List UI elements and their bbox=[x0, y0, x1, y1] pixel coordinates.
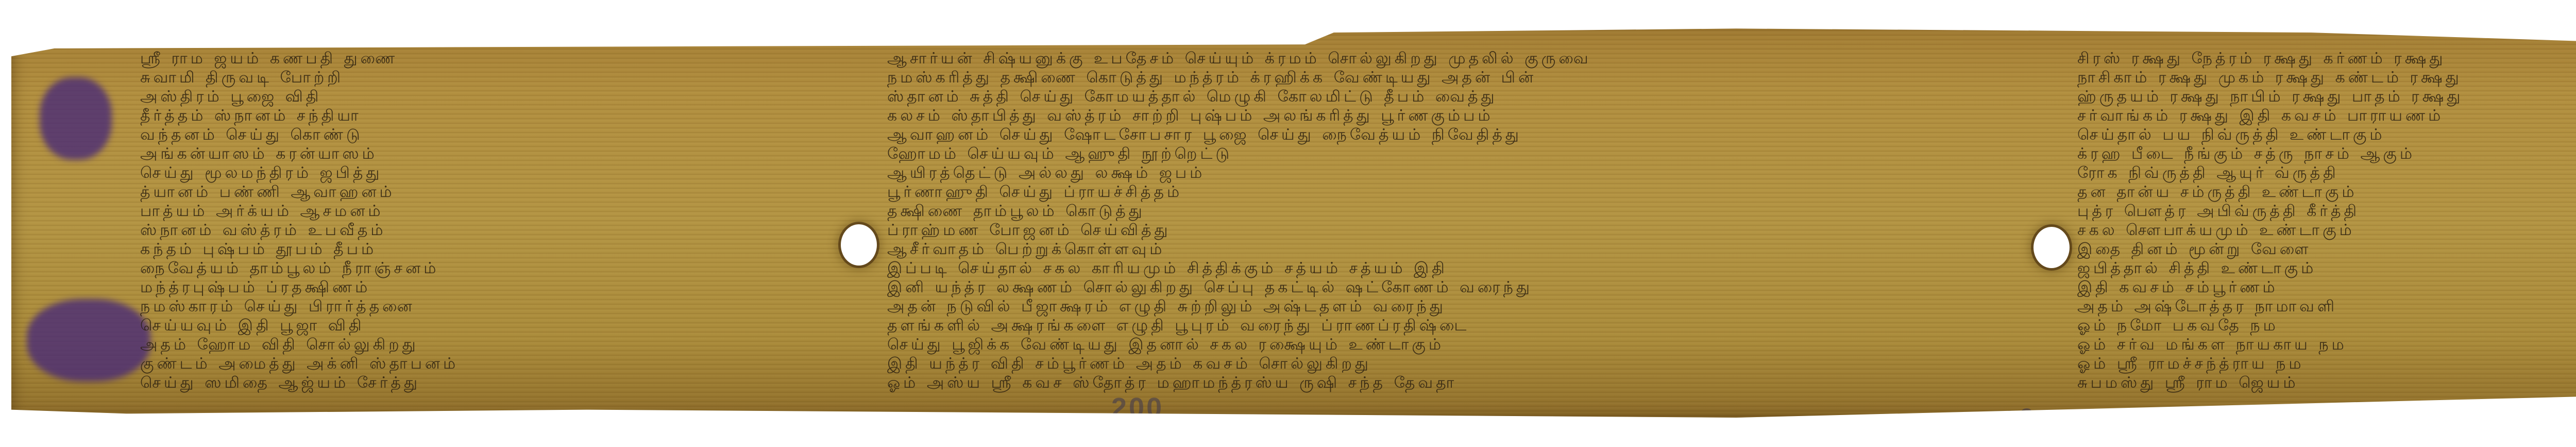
manuscript-line: இதி கவசம் சம்பூர்ணம் bbox=[2077, 278, 2576, 297]
manuscript-line: க்ரஹ பீடை நீங்கும் சத்ரு நாசம் ஆகும் bbox=[2077, 144, 2576, 163]
manuscript-line: ஓம் அஸ்ய ஸ்ரீ கவச ஸ்தோத்ர மஹாமந்த்ரஸ்ய ர… bbox=[887, 373, 2026, 392]
manuscript-line: சிரஸ் ரக்ஷது நேத்ரம் ரக்ஷது கர்ணம் ரக்ஷத… bbox=[2077, 49, 2576, 68]
manuscript-line: நமஸ்காரம் செய்து பிரார்த்தனை bbox=[140, 297, 825, 316]
manuscript-line: புத்ர பௌத்ர அபிவ்ருத்தி கீர்த்தி bbox=[2077, 202, 2576, 221]
manuscript-line: தன தான்ய சம்ருத்தி உண்டாகும் bbox=[2077, 183, 2576, 202]
manuscript-line: ஓம் நமோ பகவதே நம bbox=[2077, 316, 2576, 335]
manuscript-line: செய்தால் பய நிவ்ருத்தி உண்டாகும் bbox=[2077, 125, 2576, 144]
manuscript-line: தீர்த்தம் ஸ்நானம் சந்தியா bbox=[140, 106, 825, 125]
manuscript-line: ஹ்ருதயம் ரக்ஷது நாபிம் ரக்ஷது பாதம் ரக்ஷ… bbox=[2077, 87, 2576, 106]
manuscript-line: பூர்ணாஹுதி செய்து ப்ராயச்சித்தம் bbox=[887, 183, 2026, 202]
manuscript-line: ஓம் சர்வ மங்கள நாயகாய நம bbox=[2077, 335, 2576, 354]
manuscript-line: செய்யவும் இதி பூஜா விதி bbox=[140, 316, 825, 335]
string-hole-right bbox=[2033, 227, 2070, 268]
string-hole-left bbox=[841, 224, 877, 266]
ink-stamp-bottom bbox=[27, 299, 150, 382]
palm-leaf: ஸ்ரீ ராம ஜயம் கணபதி துணை சுவாமி திருவடி … bbox=[11, 21, 2576, 418]
manuscript-line: ஆசார்யன் சிஷ்யனுக்கு உபதேசம் செய்யும் க்… bbox=[887, 49, 2026, 68]
manuscript-line: இதி யந்த்ர விதி சம்பூர்ணம் அதம் கவசம் சொ… bbox=[887, 354, 2026, 373]
manuscript-line: ஹோமம் செய்யவும் ஆஹுதி நூற்றெட்டு bbox=[887, 144, 2026, 163]
manuscript-line: அதம் அஷ்டோத்தர நாமாவளி bbox=[2077, 297, 2576, 316]
manuscript-line: கலசம் ஸ்தாபித்து வஸ்த்ரம் சாற்றி புஷ்பம்… bbox=[887, 106, 2026, 125]
manuscript-line: சுபமஸ்து ஸ்ரீ ராம ஜெயம் bbox=[2077, 373, 2576, 392]
manuscript-line: வந்தனம் செய்து கொண்டு bbox=[140, 125, 825, 144]
text-column-middle: ஆசார்யன் சிஷ்யனுக்கு உபதேசம் செய்யும் க்… bbox=[887, 49, 2026, 420]
text-column-left: ஸ்ரீ ராம ஜயம் கணபதி துணை சுவாமி திருவடி … bbox=[140, 49, 825, 420]
manuscript-line: சகல சௌபாக்யமும் உண்டாகும் bbox=[2077, 221, 2576, 240]
manuscript-line: குண்டம் அமைத்து அக்னி ஸ்தாபனம் bbox=[140, 354, 825, 373]
pencil-mark: 200 bbox=[1111, 392, 1164, 424]
manuscript-line: நமஸ்கரித்து தக்ஷிணை கொடுத்து மந்த்ரம் க்… bbox=[887, 68, 2026, 87]
manuscript-line: இப்படி செய்தால் சகல காரியமும் சித்திக்கு… bbox=[887, 259, 2026, 278]
manuscript-line: ஸ்நானம் வஸ்த்ரம் உபவீதம் bbox=[140, 221, 825, 240]
manuscript-line: நைவேத்யம் தாம்பூலம் நீராஞ்சனம் bbox=[140, 259, 825, 278]
manuscript-line: அஸ்திரம் பூஜை விதி bbox=[140, 87, 825, 106]
manuscript-line: மந்த்ரபுஷ்பம் ப்ரதக்ஷிணம் bbox=[140, 278, 825, 297]
manuscript-line: ஸ்ரீ ராம ஜயம் கணபதி துணை bbox=[140, 49, 825, 68]
manuscript-line: நாசிகாம் ரக்ஷது முகம் ரக்ஷது கண்டம் ரக்ஷ… bbox=[2077, 68, 2576, 87]
manuscript-line: தளங்களில் அக்ஷரங்களை எழுதி பூபுரம் வரைந்… bbox=[887, 316, 2026, 335]
manuscript-line: இதை தினம் மூன்று வேளை bbox=[2077, 240, 2576, 259]
manuscript-line: ஜபித்தால் சித்தி உண்டாகும் bbox=[2077, 259, 2576, 278]
manuscript-line: ஆசீர்வாதம் பெற்றுக்கொள்ளவும் bbox=[887, 240, 2026, 259]
manuscript-line: செய்து ஸமிதை ஆஜ்யம் சேர்த்து bbox=[140, 373, 825, 392]
ink-stamp-top bbox=[40, 77, 112, 160]
manuscript-line: ஆவாஹனம் செய்து ஷோடசோபசார பூஜை செய்து நைவ… bbox=[887, 125, 2026, 144]
pencil-mark: 200 bbox=[1982, 401, 2039, 440]
manuscript-line: செய்து மூலமந்திரம் ஜபித்து bbox=[140, 163, 825, 183]
manuscript-line: அங்கன்யாஸம் கரன்யாஸம் bbox=[140, 144, 825, 163]
manuscript-line: சுவாமி திருவடி போற்றி bbox=[140, 68, 825, 87]
manuscript-line: தக்ஷிணை தாம்பூலம் கொடுத்து bbox=[887, 202, 2026, 221]
manuscript-line: அதம் ஹோம விதி சொல்லுகிறது bbox=[140, 335, 825, 354]
manuscript-line: செய்து பூஜிக்க வேண்டியது இதனால் சகல ரக்ஷ… bbox=[887, 335, 2026, 354]
manuscript-line: இனி யந்த்ர லக்ஷணம் சொல்லுகிறது செப்பு தக… bbox=[887, 278, 2026, 297]
manuscript-line: சர்வாங்கம் ரக்ஷது இதி கவசம் பாராயணம் bbox=[2077, 106, 2576, 125]
manuscript-line: பாத்யம் அர்க்யம் ஆசமனம் bbox=[140, 202, 825, 221]
manuscript-line: அதன் நடுவில் பீஜாக்ஷரம் எழுதி சுற்றிலும்… bbox=[887, 297, 2026, 316]
text-column-right: சிரஸ் ரக்ஷது நேத்ரம் ரக்ஷது கர்ணம் ரக்ஷத… bbox=[2077, 49, 2576, 420]
manuscript-line: ஆயிரத்தெட்டு அல்லது லக்ஷம் ஜபம் bbox=[887, 163, 2026, 183]
manuscript-line: த்யானம் பண்ணி ஆவாஹனம் bbox=[140, 183, 825, 202]
manuscript-line: ப்ராஹ்மண போஜனம் செய்வித்து bbox=[887, 221, 2026, 240]
manuscript-line: ஸ்தானம் சுத்தி செய்து கோமயத்தால் மெழுகி … bbox=[887, 87, 2026, 106]
manuscript-line: கந்தம் புஷ்பம் தூபம் தீபம் bbox=[140, 240, 825, 259]
manuscript-line: ரோக நிவ்ருத்தி ஆயுர் வ்ருத்தி bbox=[2077, 163, 2576, 183]
manuscript-line: ஓம் ஸ்ரீ ராமச்சந்த்ராய நம bbox=[2077, 354, 2576, 373]
